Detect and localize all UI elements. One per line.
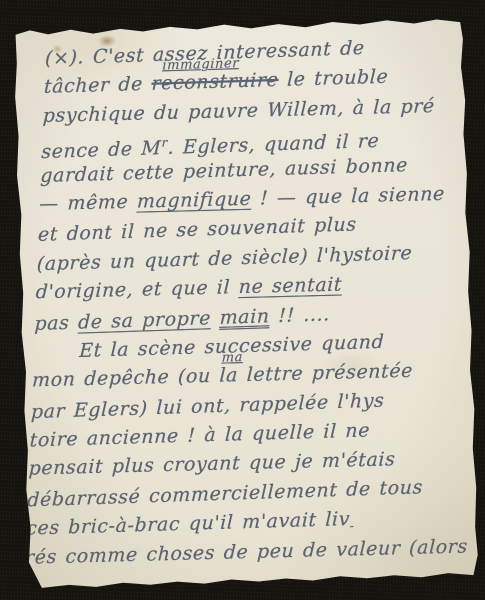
handwriting-segment: !! .... <box>269 303 330 327</box>
handwriting-segment: main <box>219 305 270 329</box>
inserted-word-above-line: ma <box>221 351 243 365</box>
handwriting-segment: de sa propre <box>78 307 212 333</box>
handwriting-segment: d'origine, et que il <box>35 276 239 303</box>
handwriting-segment: sence de M <box>41 137 162 163</box>
inserted-word-above-line: immaginer <box>162 57 239 72</box>
handwriting-segment: - <box>349 519 354 533</box>
letter-paper: (×). C'est assez interessant detâcher de… <box>12 16 480 590</box>
crossed-out-word: reconstruireimmaginer <box>151 69 279 95</box>
handwriting-segment: le trouble <box>278 66 389 91</box>
letter-text: (×). C'est assez interessant detâcher de… <box>24 31 485 574</box>
handwriting-segment: pas <box>34 311 78 334</box>
handwriting-segment: ne sentait <box>238 274 342 299</box>
handwriting-segment: ! — que la sienne <box>251 183 445 210</box>
handwriting-segment: lama <box>219 364 239 387</box>
handwriting-segment: tâcher de <box>44 73 152 98</box>
handwriting-segment: lettre présentée <box>238 360 414 386</box>
photo-backdrop: (×). C'est assez interessant detâcher de… <box>0 0 485 600</box>
handwriting-segment: mon depêche (ou <box>32 365 220 392</box>
handwriting-segment: magnifique <box>137 188 252 213</box>
handwriting-segment: — même <box>39 191 138 216</box>
